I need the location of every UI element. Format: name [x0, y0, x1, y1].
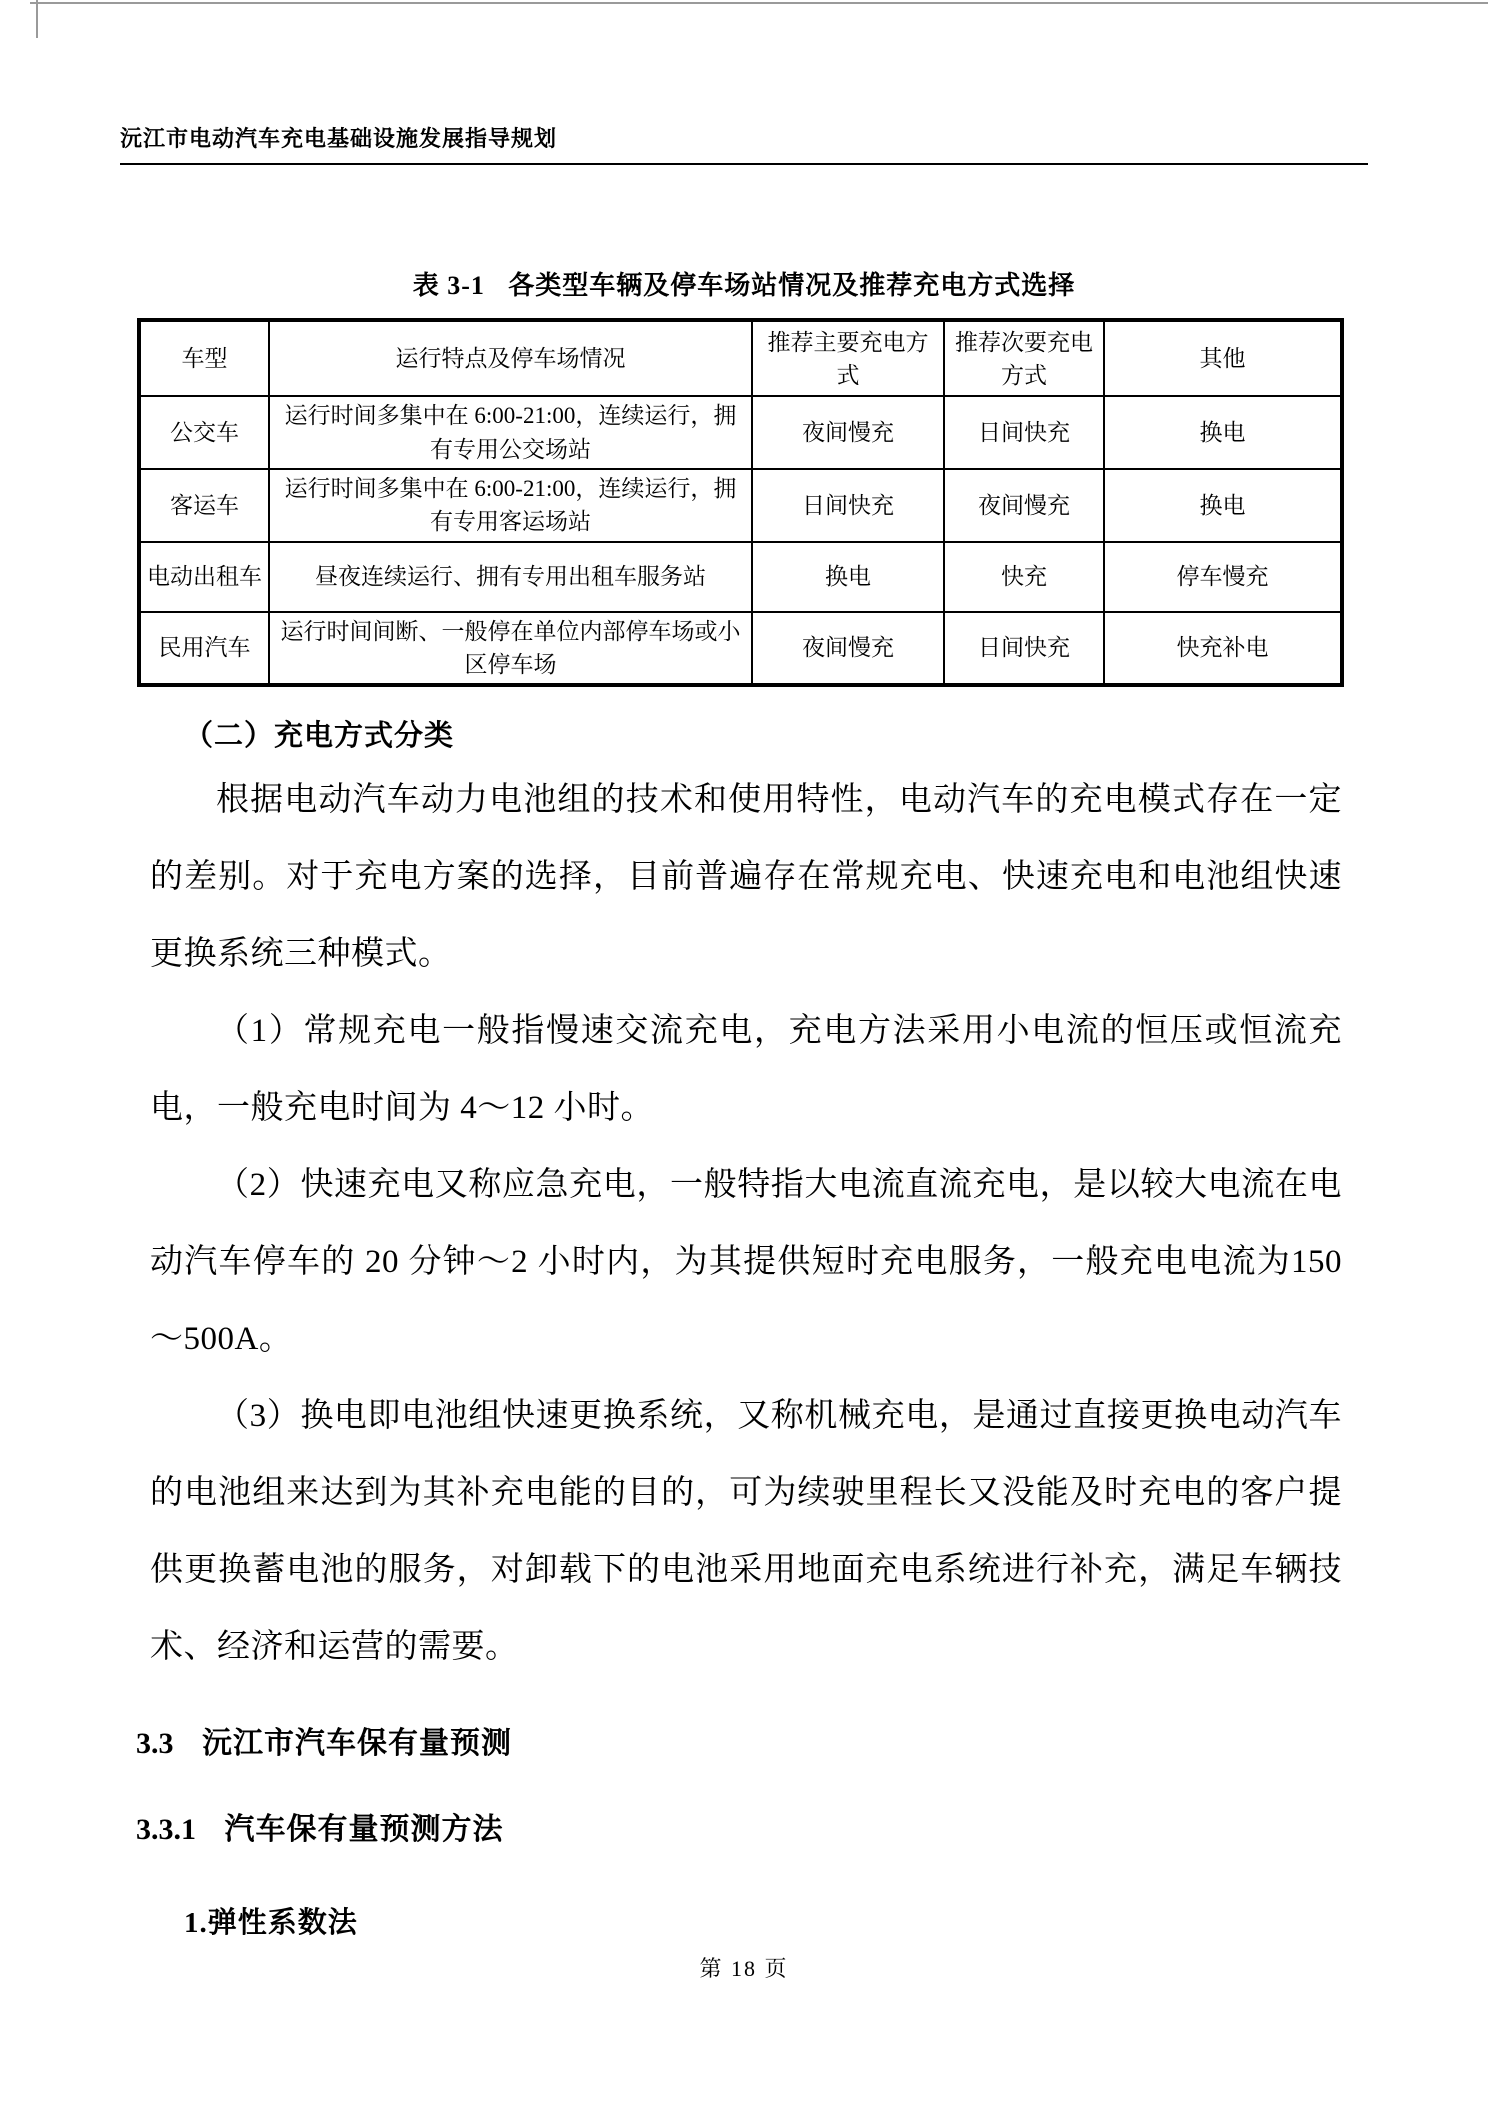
scan-artifact-left: [36, 0, 38, 38]
paragraph-battery-swap: （3）换电即电池组快速更换系统，又称机械充电，是通过直接更换电动汽车的电池组来达…: [150, 1378, 1342, 1686]
page-header: 沅江市电动汽车充电基础设施发展指导规划: [120, 0, 1368, 165]
section-heading-3-3-1: 3.3.1汽车保有量预测方法: [136, 1804, 1368, 1848]
cell-primary-charging: 夜间慢充: [752, 396, 944, 469]
vehicle-charging-table: 车型 运行特点及停车场情况 推荐主要充电方式 推荐次要充电方式 其他 公交车 运…: [137, 318, 1344, 687]
table-caption-text: 各类型车辆及停车场站情况及推荐充电方式选择: [508, 271, 1075, 300]
table-body: 公交车 运行时间多集中在 6:00-21:00，连续运行，拥有专用公交场站 夜间…: [139, 396, 1342, 685]
document-page: 沅江市电动汽车充电基础设施发展指导规划 表 3-1各类型车辆及停车场站情况及推荐…: [0, 0, 1488, 2104]
paragraph-fast-charging: （2）快速充电又称应急充电，一般特指大电流直流充电，是以较大电流在电动汽车停车的…: [150, 1147, 1342, 1378]
section-number: 3.3.1: [136, 1813, 196, 1846]
cell-secondary-charging: 夜间慢充: [944, 469, 1104, 542]
table-caption: 表 3-1各类型车辆及停车场站情况及推荐充电方式选择: [120, 265, 1368, 302]
cell-primary-charging: 夜间慢充: [752, 612, 944, 686]
table-header-row: 车型 运行特点及停车场情况 推荐主要充电方式 推荐次要充电方式 其他: [139, 320, 1342, 396]
paragraph-normal-charging: （1）常规充电一般指慢速交流充电，充电方法采用小电流的恒压或恒流充电，一般充电时…: [150, 993, 1342, 1147]
cell-vehicle-type: 公交车: [139, 396, 269, 469]
table-row: 公交车 运行时间多集中在 6:00-21:00，连续运行，拥有专用公交场站 夜间…: [139, 396, 1342, 469]
col-header-vehicle-type: 车型: [139, 320, 269, 396]
section-number: 3.3: [136, 1727, 174, 1760]
cell-other: 停车慢充: [1104, 542, 1342, 612]
cell-operating-features: 昼夜连续运行、拥有专用出租车服务站: [269, 542, 752, 612]
section-title: 汽车保有量预测方法: [225, 1813, 504, 1846]
header-rule: [120, 163, 1368, 165]
section-title: 沅江市汽车保有量预测: [202, 1727, 512, 1760]
cell-other: 快充补电: [1104, 612, 1342, 686]
col-header-operating-features: 运行特点及停车场情况: [269, 320, 752, 396]
cell-operating-features: 运行时间多集中在 6:00-21:00，连续运行，拥有专用公交场站: [269, 396, 752, 469]
page-body: 表 3-1各类型车辆及停车场站情况及推荐充电方式选择 车型 运行特点及停车场情况…: [120, 265, 1368, 1941]
scan-artifact-top: [30, 2, 1488, 4]
cell-vehicle-type: 客运车: [139, 469, 269, 542]
section-heading-elasticity-method: 1.弹性系数法: [184, 1900, 1368, 1941]
paragraph-intro: 根据电动汽车动力电池组的技术和使用特性，电动汽车的充电模式存在一定的差别。对于充…: [150, 762, 1342, 993]
cell-primary-charging: 换电: [752, 542, 944, 612]
cell-other: 换电: [1104, 396, 1342, 469]
cell-primary-charging: 日间快充: [752, 469, 944, 542]
table-row: 民用汽车 运行时间间断、一般停在单位内部停车场或小区停车场 夜间慢充 日间快充 …: [139, 612, 1342, 686]
table-caption-label: 表 3-1: [413, 271, 485, 300]
charging-methods-text: 根据电动汽车动力电池组的技术和使用特性，电动汽车的充电模式存在一定的差别。对于充…: [150, 762, 1342, 1686]
document-title: 沅江市电动汽车充电基础设施发展指导规划: [120, 126, 1368, 152]
table-row: 电动出租车 昼夜连续运行、拥有专用出租车服务站 换电 快充 停车慢充: [139, 542, 1342, 612]
cell-secondary-charging: 快充: [944, 542, 1104, 612]
section-heading-3-3: 3.3沅江市汽车保有量预测: [136, 1718, 1368, 1762]
col-header-primary-charging: 推荐主要充电方式: [752, 320, 944, 396]
table-header: 车型 运行特点及停车场情况 推荐主要充电方式 推荐次要充电方式 其他: [139, 320, 1342, 396]
section-heading-charging-methods: （二）充电方式分类: [184, 713, 1368, 754]
page-footer: 第 18 页: [0, 1952, 1488, 1983]
table-row: 客运车 运行时间多集中在 6:00-21:00，连续运行，拥有专用客运场站 日间…: [139, 469, 1342, 542]
page-number-label: 第 18 页: [699, 1956, 788, 1981]
cell-other: 换电: [1104, 469, 1342, 542]
col-header-other: 其他: [1104, 320, 1342, 396]
cell-vehicle-type: 民用汽车: [139, 612, 269, 686]
cell-secondary-charging: 日间快充: [944, 612, 1104, 686]
cell-operating-features: 运行时间多集中在 6:00-21:00，连续运行，拥有专用客运场站: [269, 469, 752, 542]
cell-secondary-charging: 日间快充: [944, 396, 1104, 469]
cell-operating-features: 运行时间间断、一般停在单位内部停车场或小区停车场: [269, 612, 752, 686]
cell-vehicle-type: 电动出租车: [139, 542, 269, 612]
col-header-secondary-charging: 推荐次要充电方式: [944, 320, 1104, 396]
